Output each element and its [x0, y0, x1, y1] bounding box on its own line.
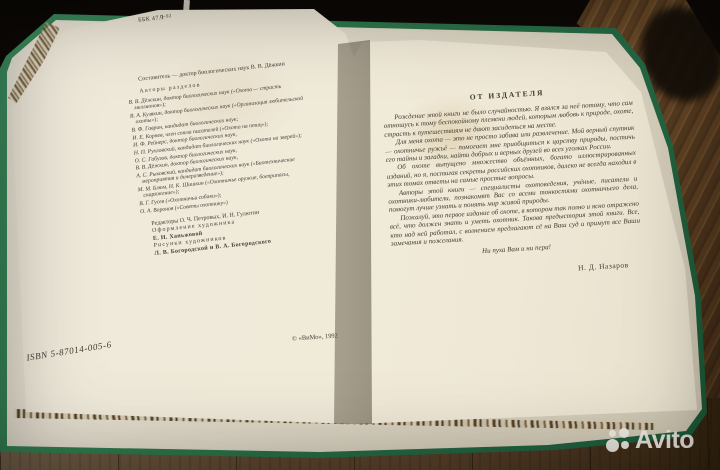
- imprint-block: Составитель — доктор биологических наук …: [126, 59, 330, 260]
- publisher-note: ОТ ИЗДАТЕЛЯ Рождение этой книги не было …: [382, 83, 643, 283]
- avito-wordmark: Avito: [635, 426, 694, 455]
- avito-watermark: Avito: [606, 426, 694, 455]
- photo-background: ББК 47.1 О-92 Составитель — доктор биоло…: [0, 0, 720, 470]
- avito-logo-icon: [606, 428, 632, 454]
